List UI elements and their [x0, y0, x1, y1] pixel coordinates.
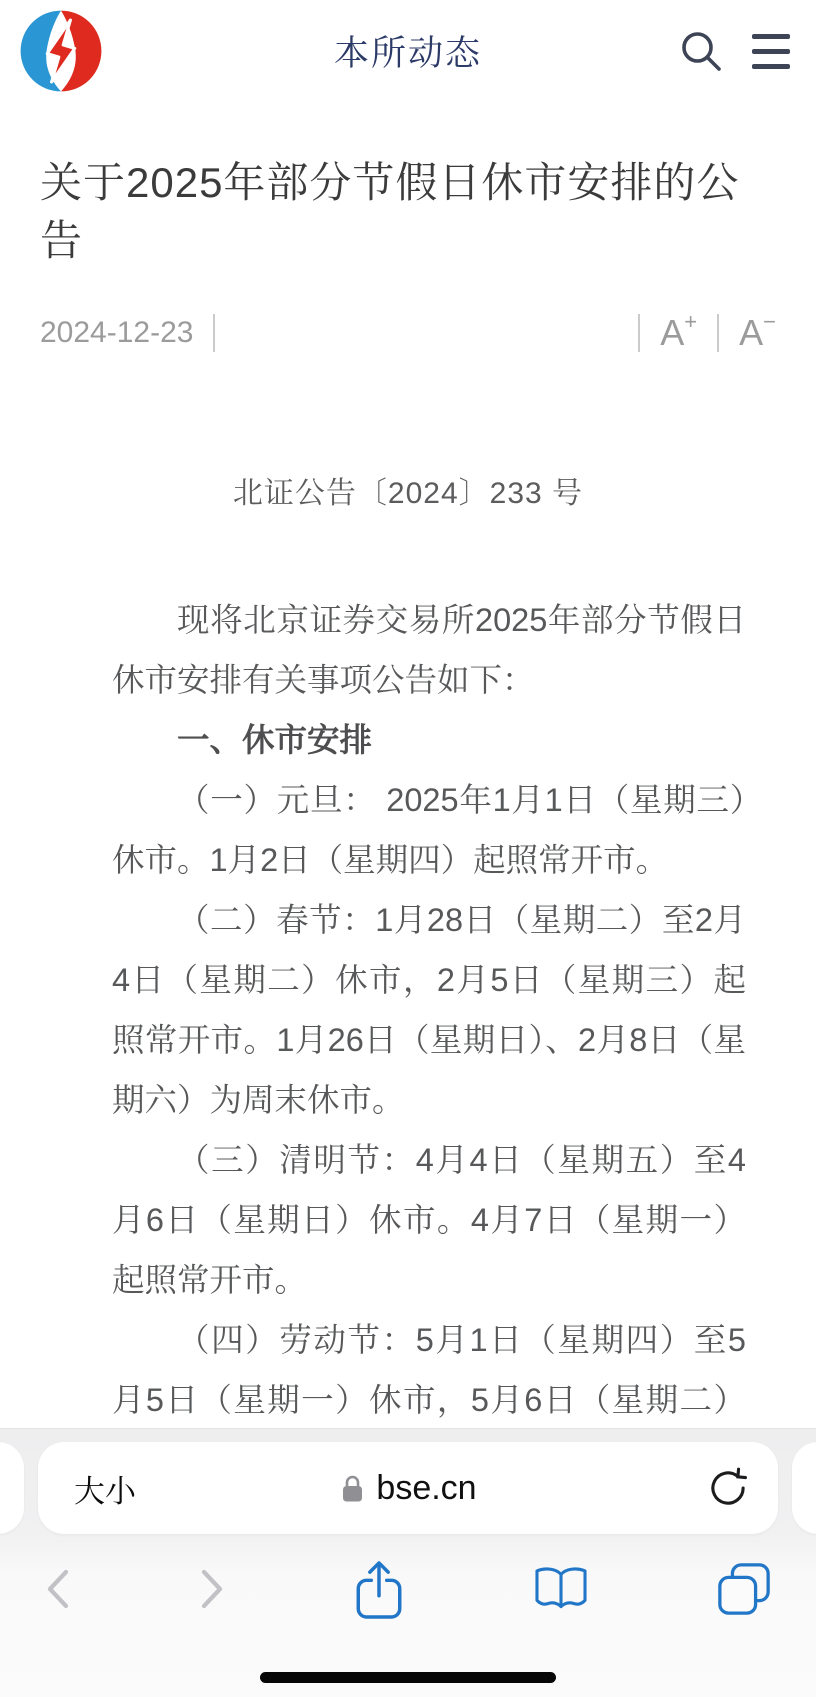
doc-number: 北证公告〔2024〕233 号	[40, 468, 776, 512]
safari-bottom-chrome: 大小 bse.cn	[0, 1428, 816, 1697]
url-text: bse.cn	[376, 1469, 476, 1508]
divider	[717, 314, 719, 352]
safari-browser-window: 本所动态 关于2025年部分节假日休市安排的公告 2024-12-23 A+	[0, 0, 816, 1697]
font-increase-button[interactable]: A+	[660, 315, 697, 351]
navigation-toolbar	[0, 1534, 816, 1620]
share-icon[interactable]	[352, 1558, 406, 1620]
article-paragraph: （二）春节：1月28日（星期二）至2月4日（星期二）休市，2月5日（星期三）起照…	[112, 890, 746, 1130]
article-meta: 2024-12-23 A+ A−	[40, 314, 776, 352]
site-header: 本所动态	[0, 0, 816, 102]
page-header-title: 本所动态	[334, 26, 482, 76]
article-paragraph: （三）清明节：4月4日（星期五）至4月6日（星期日）休市。4月7日（星期一）起照…	[112, 1130, 746, 1310]
article-paragraph: 现将北京证券交易所2025年部分节假日休市安排有关事项公告如下：	[112, 590, 746, 710]
page-zoom-button[interactable]: 大小	[74, 1466, 136, 1511]
publish-date: 2024-12-23	[40, 316, 193, 350]
article-paragraph: 一、休市安排	[112, 710, 746, 770]
font-decrease-sup: −	[763, 311, 776, 333]
article-content: 关于2025年部分节假日休市安排的公告 2024-12-23 A+ A− 北证公…	[0, 102, 816, 1429]
address-bar[interactable]: 大小 bse.cn	[38, 1442, 778, 1534]
font-increase-sup: +	[684, 311, 697, 333]
font-increase-label: A	[660, 315, 684, 351]
home-indicator[interactable]	[260, 1672, 556, 1683]
article-paragraph: （一）元旦： 2025年1月1日（星期三）休市。1月2日（星期四）起照常开市。	[112, 770, 746, 890]
next-tab-stub[interactable]	[792, 1442, 816, 1534]
hamburger-menu-icon[interactable]	[752, 34, 790, 69]
prev-tab-stub[interactable]	[0, 1442, 24, 1534]
bookmarks-icon[interactable]	[532, 1564, 590, 1614]
reload-button[interactable]	[706, 1466, 750, 1510]
tabs-icon[interactable]	[716, 1561, 772, 1617]
header-actions	[678, 28, 790, 74]
divider	[638, 314, 640, 352]
url-display[interactable]: bse.cn	[339, 1469, 476, 1508]
article-paragraph: （四）劳动节：5月1日（星期四）至5月5日（星期一）休市，5月6日（星期二）起照	[112, 1310, 746, 1429]
article-body: 现将北京证券交易所2025年部分节假日休市安排有关事项公告如下：一、休市安排（一…	[112, 590, 746, 1429]
font-decrease-label: A	[739, 315, 763, 351]
font-decrease-button[interactable]: A−	[739, 315, 776, 351]
chevron-back-icon[interactable]	[44, 1567, 72, 1611]
bse-logo-icon	[18, 8, 104, 94]
divider	[213, 314, 215, 352]
bse-logo[interactable]	[16, 6, 106, 96]
address-bar-row: 大小 bse.cn	[0, 1442, 816, 1534]
chevron-forward-icon[interactable]	[198, 1567, 226, 1611]
lock-icon	[339, 1471, 366, 1505]
search-icon[interactable]	[678, 28, 724, 74]
article-title: 关于2025年部分节假日休市安排的公告	[40, 154, 740, 270]
